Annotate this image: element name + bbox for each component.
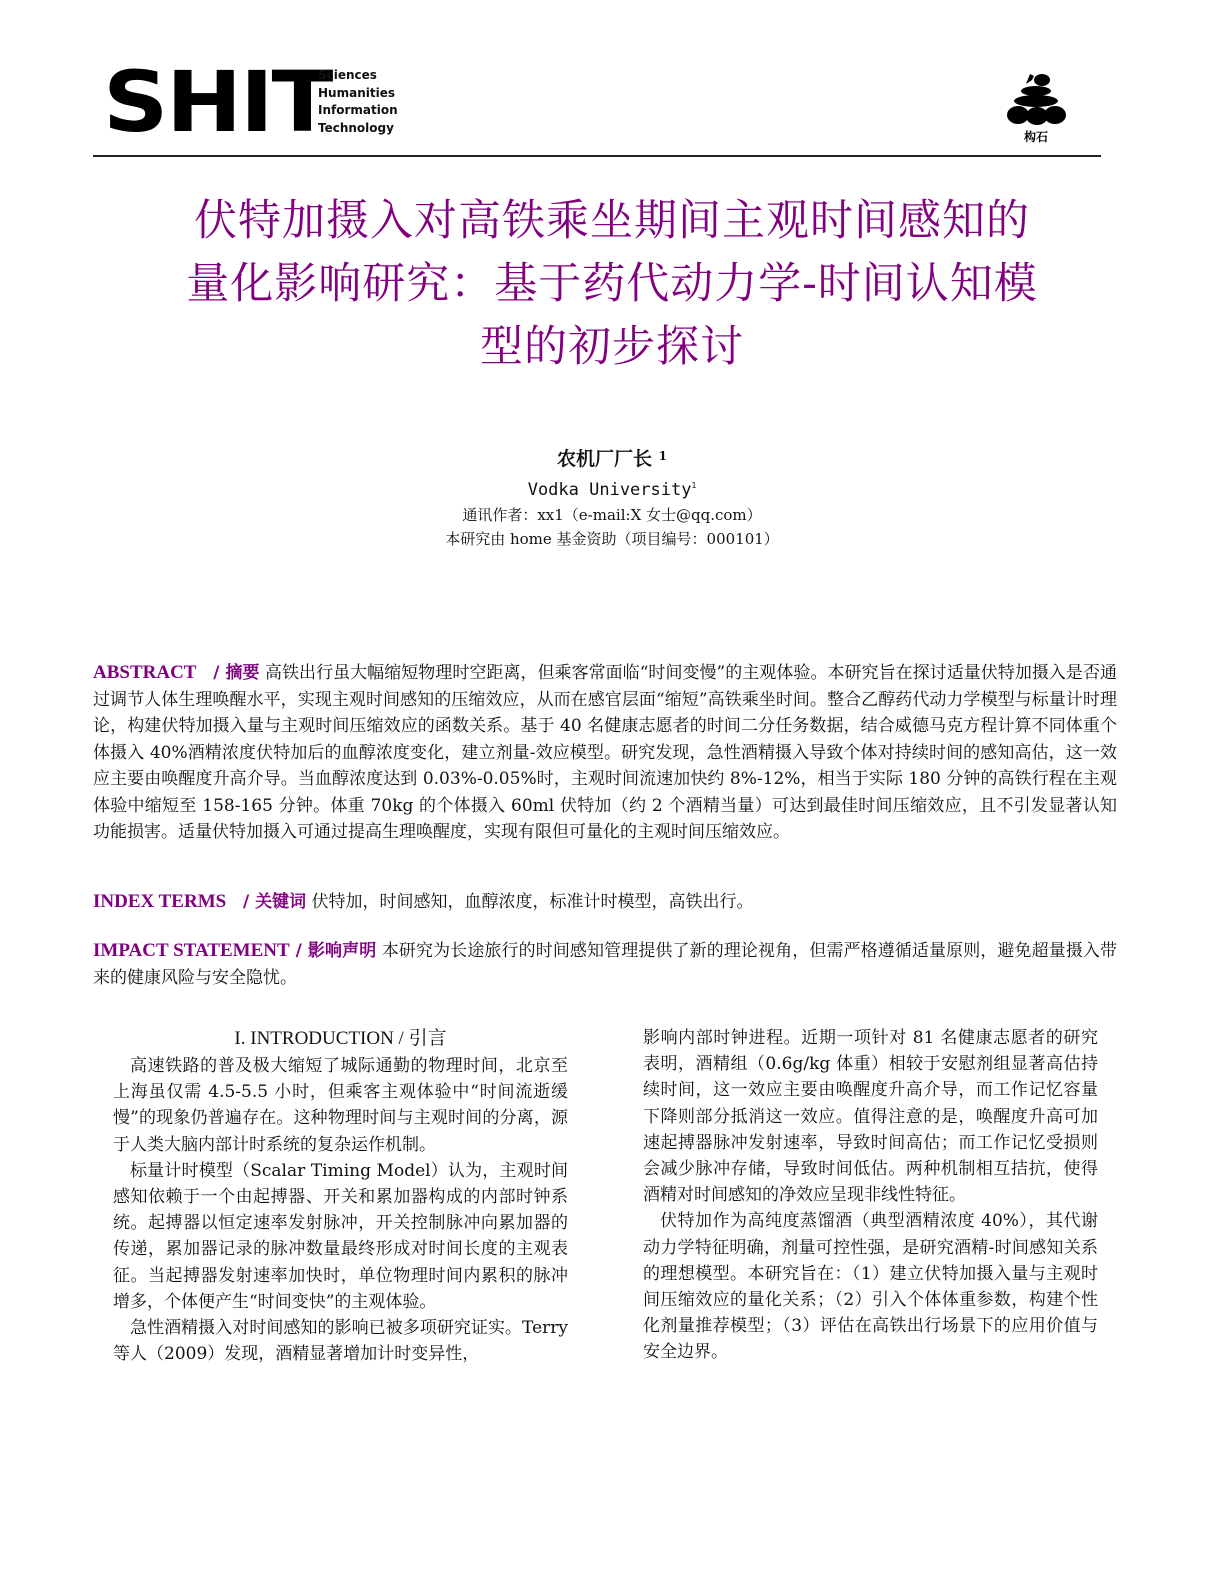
funding-note: 本研究由 home 基金资助（项目编号：000101） [0, 527, 1224, 551]
index-terms-text: 伏特加，时间感知，血醇浓度，标准计时模型，高铁出行。 [311, 892, 753, 912]
index-terms-label-cn: / 关键词 [237, 892, 306, 912]
paper-title: 伏特加摄入对高铁乘坐期间主观时间感知的 量化影响研究：基于药代动力学-时间认知模… [100, 190, 1124, 379]
publisher-emblem: 构石 [1001, 70, 1071, 148]
affiliation: Vodka University1 [0, 473, 1224, 503]
journal-logo-subtitle: Sciences Humanities Information Technolo… [318, 67, 398, 137]
left-column: I. INTRODUCTION / 引言 高速铁路的普及极大缩短了城际通勤的物理… [113, 1025, 568, 1367]
section-heading-introduction: I. INTRODUCTION / 引言 [113, 1025, 568, 1053]
impact-label-en: IMPACT STATEMENT [93, 940, 290, 961]
index-terms-label-en: INDEX TERMS [93, 891, 226, 912]
title-line: 型的初步探讨 [100, 316, 1124, 379]
logo-subtitle-line: Sciences [318, 67, 398, 85]
paper-page: SHIT Sciences Humanities Information Tec… [0, 0, 1224, 1584]
index-terms-section: INDEX TERMS / 关键词 伏特加，时间感知，血醇浓度，标准计时模型，高… [93, 889, 1117, 916]
logo-subtitle-line: Technology [318, 120, 398, 138]
author-block: 农机厂厂长 1 Vodka University1 通讯作者：xx1（e-mai… [0, 442, 1224, 551]
stone-pile-icon [1004, 70, 1068, 126]
journal-header: SHIT Sciences Humanities Information Tec… [93, 60, 1101, 156]
body-paragraph: 高速铁路的普及极大缩短了城际通勤的物理时间，北京至上海虽仅需 4.5-5.5 小… [113, 1053, 568, 1158]
body-paragraph: 影响内部时钟进程。近期一项针对 81 名健康志愿者的研究表明，酒精组（0.6g/… [643, 1025, 1098, 1208]
title-line: 伏特加摄入对高铁乘坐期间主观时间感知的 [100, 190, 1124, 253]
abstract-label-en: ABSTRACT [93, 662, 196, 683]
journal-logo: SHIT [103, 60, 331, 144]
abstract-section: ABSTRACT / 摘要 高铁出行虽大幅缩短物理时空距离，但乘客常面临“时间变… [93, 660, 1117, 846]
right-column: 影响内部时钟进程。近期一项针对 81 名健康志愿者的研究表明，酒精组（0.6g/… [643, 1025, 1098, 1366]
impact-label-cn: / 影响声明 [290, 941, 377, 961]
abstract-text: 高铁出行虽大幅缩短物理时空距离，但乘客常面临“时间变慢”的主观体验。本研究旨在探… [93, 663, 1117, 842]
corresponding-author: 通讯作者：xx1（e-mail:X 女士@qq.com） [0, 503, 1224, 527]
author-name-text: 农机厂厂长 [557, 448, 652, 470]
emblem-label: 构石 [1001, 128, 1071, 145]
logo-subtitle-line: Information [318, 102, 398, 120]
title-line: 量化影响研究：基于药代动力学-时间认知模 [100, 253, 1124, 316]
body-paragraph: 伏特加作为高纯度蒸馏酒（典型酒精浓度 40%），其代谢动力学特征明确，剂量可控性… [643, 1208, 1098, 1365]
logo-subtitle-line: Humanities [318, 85, 398, 103]
affiliation-sup: 1 [691, 481, 696, 490]
header-divider [93, 155, 1101, 157]
body-paragraph: 标量计时模型（Scalar Timing Model）认为，主观时间感知依赖于一… [113, 1158, 568, 1315]
author-name: 农机厂厂长 1 [0, 442, 1224, 473]
author-sup: 1 [659, 449, 667, 463]
abstract-label-cn: / 摘要 [207, 663, 259, 683]
body-paragraph: 急性酒精摄入对时间感知的影响已被多项研究证实。Terry 等人（2009）发现，… [113, 1315, 568, 1367]
affiliation-text: Vodka University [528, 480, 692, 500]
impact-statement-section: IMPACT STATEMENT / 影响声明 本研究为长途旅行的时间感知管理提… [93, 938, 1117, 991]
